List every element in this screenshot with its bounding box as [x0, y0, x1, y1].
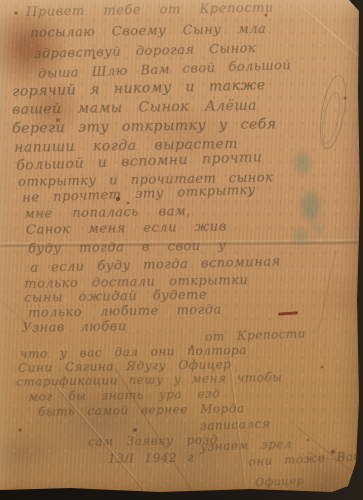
handwriting-line-13: Санок меня если жив	[26, 219, 227, 238]
handwriting-lines: Привет тебе от Крепостипосылаю Своему Сы…	[0, 0, 363, 500]
handwriting-line-29: узнаем зрел	[200, 437, 292, 454]
handwriting-line-20: от Крепости	[205, 326, 306, 344]
handwriting-line-3: здравствуй дорогая Сынок	[34, 41, 256, 62]
letter-paper: Привет тебе от Крепостипосылаю Своему Сы…	[0, 0, 363, 500]
handwriting-line-1: Привет тебе от Крепости	[26, 1, 274, 20]
handwriting-line-6: вашей мамы Сынок Алёша	[12, 98, 257, 118]
handwriting-line-31: Офицер	[255, 474, 304, 489]
handwriting-line-27: сам Заявку розд	[88, 433, 218, 449]
handwriting-line-7: береги эту открытку у себя	[12, 116, 277, 137]
handwriting-line-26: записался	[200, 417, 270, 433]
photo-backdrop: Привет тебе от Крепостипосылаю Своему Сы…	[0, 0, 363, 500]
handwriting-line-2: посылаю Своему Сыну мла	[30, 22, 266, 41]
handwriting-line-25: быть самой вернее Морда	[38, 401, 245, 419]
handwriting-line-12: мне попалась вам,	[24, 204, 191, 222]
handwriting-line-19: Узнав любви	[22, 319, 127, 336]
handwriting-line-28: 13/I 1942 г	[108, 451, 194, 466]
handwriting-line-14: буду тогда в свои у	[28, 239, 226, 257]
